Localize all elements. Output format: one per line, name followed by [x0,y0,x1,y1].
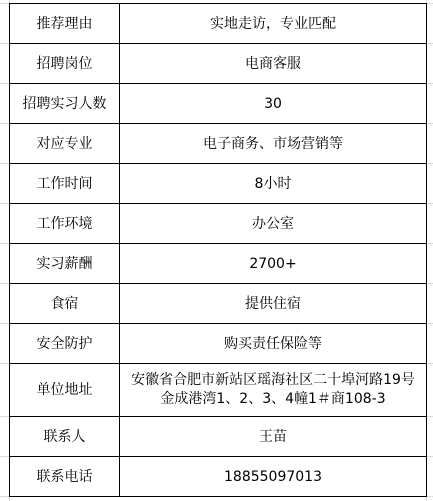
table-row: 联系电话 18855097013 [10,457,427,497]
row-label: 食宿 [10,284,120,324]
row-label: 工作时间 [10,164,120,204]
row-value: 王苗 [120,417,427,457]
table-row: 对应专业 电子商务、市场营销等 [10,124,427,164]
row-label: 招聘实习人数 [10,84,120,124]
row-value: 办公室 [120,204,427,244]
internship-info-table: 推荐理由 实地走访，专业匹配 招聘岗位 电商客服 招聘实习人数 30 对应专业 … [9,3,427,497]
table-row-address: 单位地址 安徽省合肥市新站区瑶海社区二十埠河路19号 金成港湾1、2、3、4幢1… [10,364,427,417]
row-label: 安全防护 [10,324,120,364]
row-value: 电商客服 [120,44,427,84]
table-row: 招聘实习人数 30 [10,84,427,124]
row-label: 联系电话 [10,457,120,497]
row-value: 2700+ [120,244,427,284]
row-label: 单位地址 [10,364,120,417]
address-line-1: 安徽省合肥市新站区瑶海社区二十埠河路19号 [120,371,426,390]
table-row: 联系人 王苗 [10,417,427,457]
table-row: 安全防护 购买责任保险等 [10,324,427,364]
phone-value: 18855097013 [120,457,427,497]
row-label: 推荐理由 [10,4,120,44]
table-row: 招聘岗位 电商客服 [10,44,427,84]
table-row: 食宿 提供住宿 [10,284,427,324]
row-value: 实地走访，专业匹配 [120,4,427,44]
row-label: 工作环境 [10,204,120,244]
row-value: 8小时 [120,164,427,204]
row-label: 对应专业 [10,124,120,164]
table-row: 工作时间 8小时 [10,164,427,204]
table-row: 实习薪酬 2700+ [10,244,427,284]
table-row: 工作环境 办公室 [10,204,427,244]
row-label: 联系人 [10,417,120,457]
row-value: 电子商务、市场营销等 [120,124,427,164]
row-label: 实习薪酬 [10,244,120,284]
row-value: 购买责任保险等 [120,324,427,364]
address-value: 安徽省合肥市新站区瑶海社区二十埠河路19号 金成港湾1、2、3、4幢1＃商108… [120,364,427,417]
row-label: 招聘岗位 [10,44,120,84]
address-line-2: 金成港湾1、2、3、4幢1＃商108-3 [120,390,426,409]
table-row: 推荐理由 实地走访，专业匹配 [10,4,427,44]
row-value: 30 [120,84,427,124]
row-value: 提供住宿 [120,284,427,324]
